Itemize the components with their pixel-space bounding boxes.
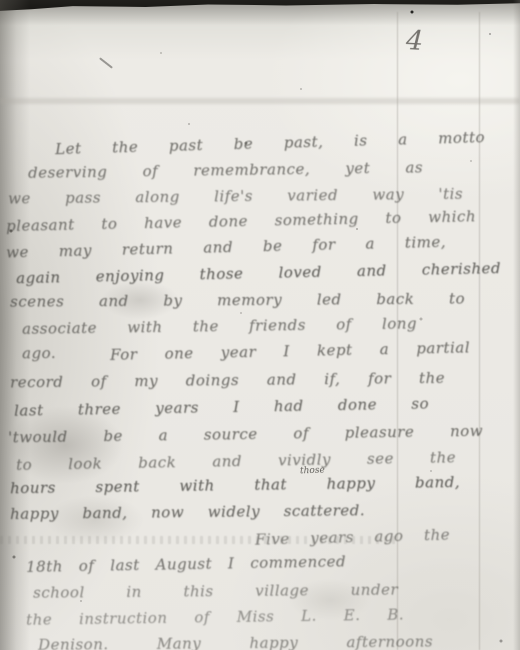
manuscript-line: 18th of last August I commenced	[26, 552, 346, 576]
manuscript-line: again enjoying those loved and cherished	[16, 259, 501, 287]
fold-line	[479, 12, 480, 650]
manuscript-line: we pass along life's varied way 'tis	[8, 185, 463, 208]
manuscript-line: to look back and vividly see the	[16, 448, 456, 474]
manuscript-line: pleasant to have done something to which	[6, 207, 476, 235]
manuscript-line: For one year I kept a partial	[110, 338, 470, 364]
paper-discoloration-band	[0, 98, 520, 104]
manuscript-line: Let the past be past, is a motto	[55, 128, 485, 158]
manuscript-line: we may return and be for a time,	[6, 233, 446, 262]
manuscript-line: Five years ago the	[255, 525, 450, 548]
manuscript-line: deserving of remembrance, yet as	[28, 158, 423, 182]
manuscript-line: happy band, now widely scattered.	[10, 501, 365, 523]
manuscript-line: the instruction of Miss L. E. B.	[26, 605, 404, 628]
manuscript-line: Denison. Many happy afternoons	[38, 632, 433, 650]
manuscript-line: ago.	[22, 344, 64, 362]
manuscript-line: school in this village under	[33, 580, 398, 601]
scanned-manuscript-page: 4 Let the past be past, is a motto deser…	[0, 0, 520, 650]
manuscript-line: last three years I had done so	[14, 394, 429, 419]
manuscript-line: 'twould be a source of pleasure now	[8, 422, 483, 447]
page-number: 4	[405, 26, 424, 58]
interlinear-insertion: those	[300, 466, 325, 477]
stray-pen-mark	[99, 57, 113, 68]
manuscript-line: hours spent with that happy band,	[10, 473, 460, 497]
paper-specks	[0, 0, 2, 2]
manuscript-line: record of my doings and if, for the	[10, 369, 445, 392]
manuscript-line: associate with the friends of long	[22, 314, 417, 338]
manuscript-line: scenes and by memory led back to	[10, 289, 465, 310]
scan-top-fuzz	[0, 0, 520, 30]
